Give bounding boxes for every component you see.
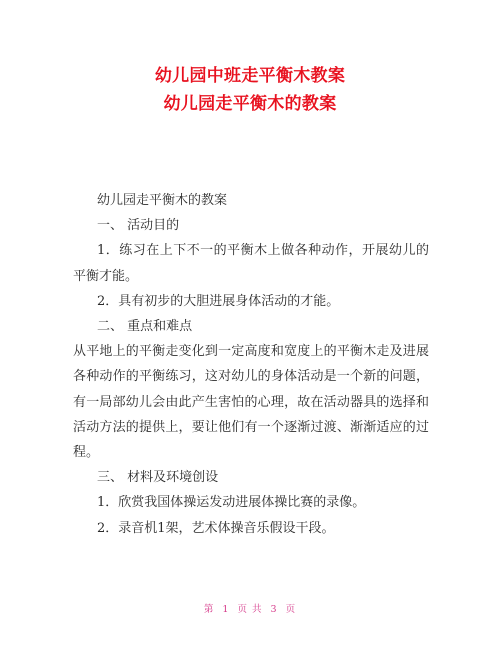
document-page: 幼儿园中班走平衡木教案 幼儿园走平衡木的教案 幼儿园走平衡木的教案 一、 活动目… [0, 0, 500, 647]
list-item-purpose-2: 2．具有初步的大胆进展身体活动的才能。 [73, 289, 429, 314]
document-body: 幼儿园走平衡木的教案 一、 活动目的 1．练习在上下不一的平衡木上做各种动作，开… [73, 188, 429, 541]
title-line-sub: 幼儿园走平衡木的教案 [0, 90, 500, 118]
section-heading-focus: 二、 重点和难点 [73, 314, 429, 339]
footer-prefix: 第 [204, 604, 215, 615]
footer-middle: 页 共 [237, 604, 262, 615]
paragraph-focus: 从平地上的平衡走变化到一定高度和宽度上的平衡木走及进展各种动作的平衡练习，这对幼… [73, 339, 429, 465]
section-heading-materials: 三、 材料及环境创设 [73, 465, 429, 490]
list-item-purpose-1: 1．练习在上下不一的平衡木上做各种动作，开展幼儿的平衡才能。 [73, 238, 429, 288]
footer-current-page: 1 [222, 604, 229, 615]
list-item-materials-1: 1．欣赏我国体操运发动进展体操比赛的录像。 [73, 490, 429, 515]
document-title: 幼儿园中班走平衡木教案 幼儿园走平衡木的教案 [0, 62, 500, 118]
footer-total-pages: 3 [271, 604, 278, 615]
section-heading-purpose: 一、 活动目的 [73, 213, 429, 238]
paragraph-heading: 幼儿园走平衡木的教案 [73, 188, 429, 213]
title-line-main: 幼儿园中班走平衡木教案 [0, 62, 500, 90]
footer-suffix: 页 [286, 604, 297, 615]
page-footer: 第 1 页 共 3 页 [0, 601, 500, 615]
list-item-materials-2: 2．录音机1架，艺术体操音乐假设干段。 [73, 516, 429, 541]
